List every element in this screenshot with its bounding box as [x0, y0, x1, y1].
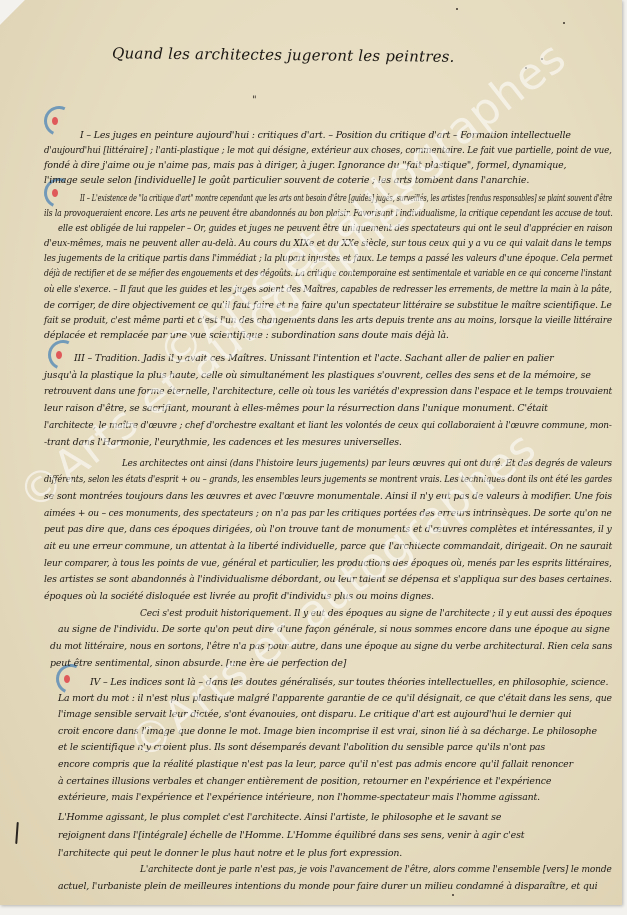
text-line: époques où la société disloquée est livr…	[44, 591, 434, 602]
text-line: La mort du mot : il n'est plus plastique…	[58, 693, 612, 704]
text-line: ils la provoqueraient encore. Les arts n…	[44, 208, 613, 219]
text-line: Ceci s'est produit historiquement. Il y …	[140, 608, 612, 619]
paper-speck	[541, 58, 543, 60]
text-line: III – Tradition. Jadis il y avait ces Ma…	[74, 353, 554, 364]
red-dot-icon	[52, 117, 58, 125]
text-line: fondé à dire j'aime ou je n'aime pas, ma…	[44, 160, 566, 171]
text-line: déplacée et remplacée par une vue scient…	[44, 330, 449, 341]
text-line: d'eux-mêmes, mais ne peuvent aller au-de…	[44, 238, 612, 249]
paper-speck	[525, 67, 527, 69]
text-line: leur comparer, à tous les points de vue,…	[44, 558, 612, 569]
text-line: et le scientifique n'y croient plus. Ils…	[58, 742, 545, 753]
red-dot-icon	[52, 189, 58, 197]
text-line: où elle s'exerce. – Il faut que les guid…	[44, 284, 612, 295]
text-line: les jugements de la critique partis dans…	[44, 253, 613, 264]
blue-arc-icon	[40, 102, 78, 140]
red-dot-icon	[64, 675, 70, 683]
text-line: encore compris que la réalité plastique …	[58, 759, 573, 770]
text-line: peut être sentimental, sinon absurde. [u…	[50, 658, 346, 669]
paper-speck	[456, 8, 458, 10]
text-line: déjà de rectifier et de se méfier des en…	[44, 268, 612, 279]
paper-speck	[452, 894, 454, 896]
text-line: aimées + ou – ces monuments, des spectat…	[44, 508, 612, 519]
text-line: les artistes se sont abandonnés à l'indi…	[44, 574, 612, 585]
text-line: l'architecte, le maître d'œuvre ; chef d…	[44, 420, 612, 431]
quote-mark: "	[252, 95, 257, 106]
text-line: l'image seule selon [individuelle] le go…	[44, 175, 529, 186]
text-line: d'aujourd'hui [littéraire] ; l'anti-plas…	[44, 145, 612, 156]
text-line: IV – Les indices sont là – dans les dout…	[90, 677, 608, 688]
text-line: l'architecte qui peut le donner le plus …	[58, 848, 402, 859]
page-title: Quand les architectes jugeront les peint…	[112, 44, 455, 66]
text-line: différents, selon les états d'esprit + o…	[44, 474, 612, 485]
text-line: actuel, l'urbaniste plein de meilleures …	[58, 881, 597, 892]
watermark: ©Arts et autographes	[149, 31, 576, 381]
text-line: leur raison d'être, se sacrifiant, moura…	[44, 403, 548, 414]
section-marker-iii	[48, 340, 76, 368]
text-line: rejoignent dans l'[intégrale] échelle de…	[58, 830, 524, 841]
text-line: du mot littéraire, nous en sortons, l'êt…	[50, 641, 612, 652]
text-line: se sont montrées toujours dans les œuvre…	[44, 491, 612, 502]
text-line: elle est obligée de lui rappeler – Or, g…	[58, 223, 612, 234]
text-line: extérieure, mais l'expérience et l'expér…	[58, 792, 540, 803]
text-line: peut pas dire que, dans ces époques diri…	[44, 524, 612, 535]
section-marker-i	[44, 106, 72, 134]
text-line: jusqu'à la plastique la plus haute, cell…	[44, 370, 591, 381]
text-line: -trant dans l'Harmonie, l'eurythmie, les…	[44, 437, 402, 448]
text-line: l'image sensible servait leur dictée, s'…	[58, 709, 571, 720]
text-line: ait eu une erreur commune, un attentat à…	[44, 541, 612, 552]
text-line: II – L'existence de "la critique d'art" …	[80, 193, 612, 204]
red-dot-icon	[56, 351, 62, 359]
text-line: de corriger, de dire objectivement ce qu…	[44, 300, 612, 311]
text-line: L'architecte dont je parle n'est pas, je…	[140, 864, 612, 875]
text-line: fait se produit, c'est même parti et c'e…	[44, 315, 612, 326]
text-line: retrouvent dans une forme éternelle, l'a…	[44, 386, 612, 397]
manuscript-page: Quand les architectes jugeront les peint…	[0, 0, 622, 905]
paper-speck	[563, 22, 565, 24]
text-line: Les architectes ont ainsi (dans l'histoi…	[122, 458, 612, 469]
text-line: L'Homme agissant, le plus complet c'est …	[58, 812, 501, 823]
text-line: I – Les juges en peinture aujourd'hui : …	[80, 130, 571, 141]
margin-stroke	[15, 822, 19, 844]
text-line: au signe de l'individu. De sorte qu'on p…	[58, 624, 610, 635]
text-line: à certaines illusions verbales et change…	[58, 776, 551, 787]
text-line: croit encore dans l'image que donne le m…	[58, 726, 597, 737]
